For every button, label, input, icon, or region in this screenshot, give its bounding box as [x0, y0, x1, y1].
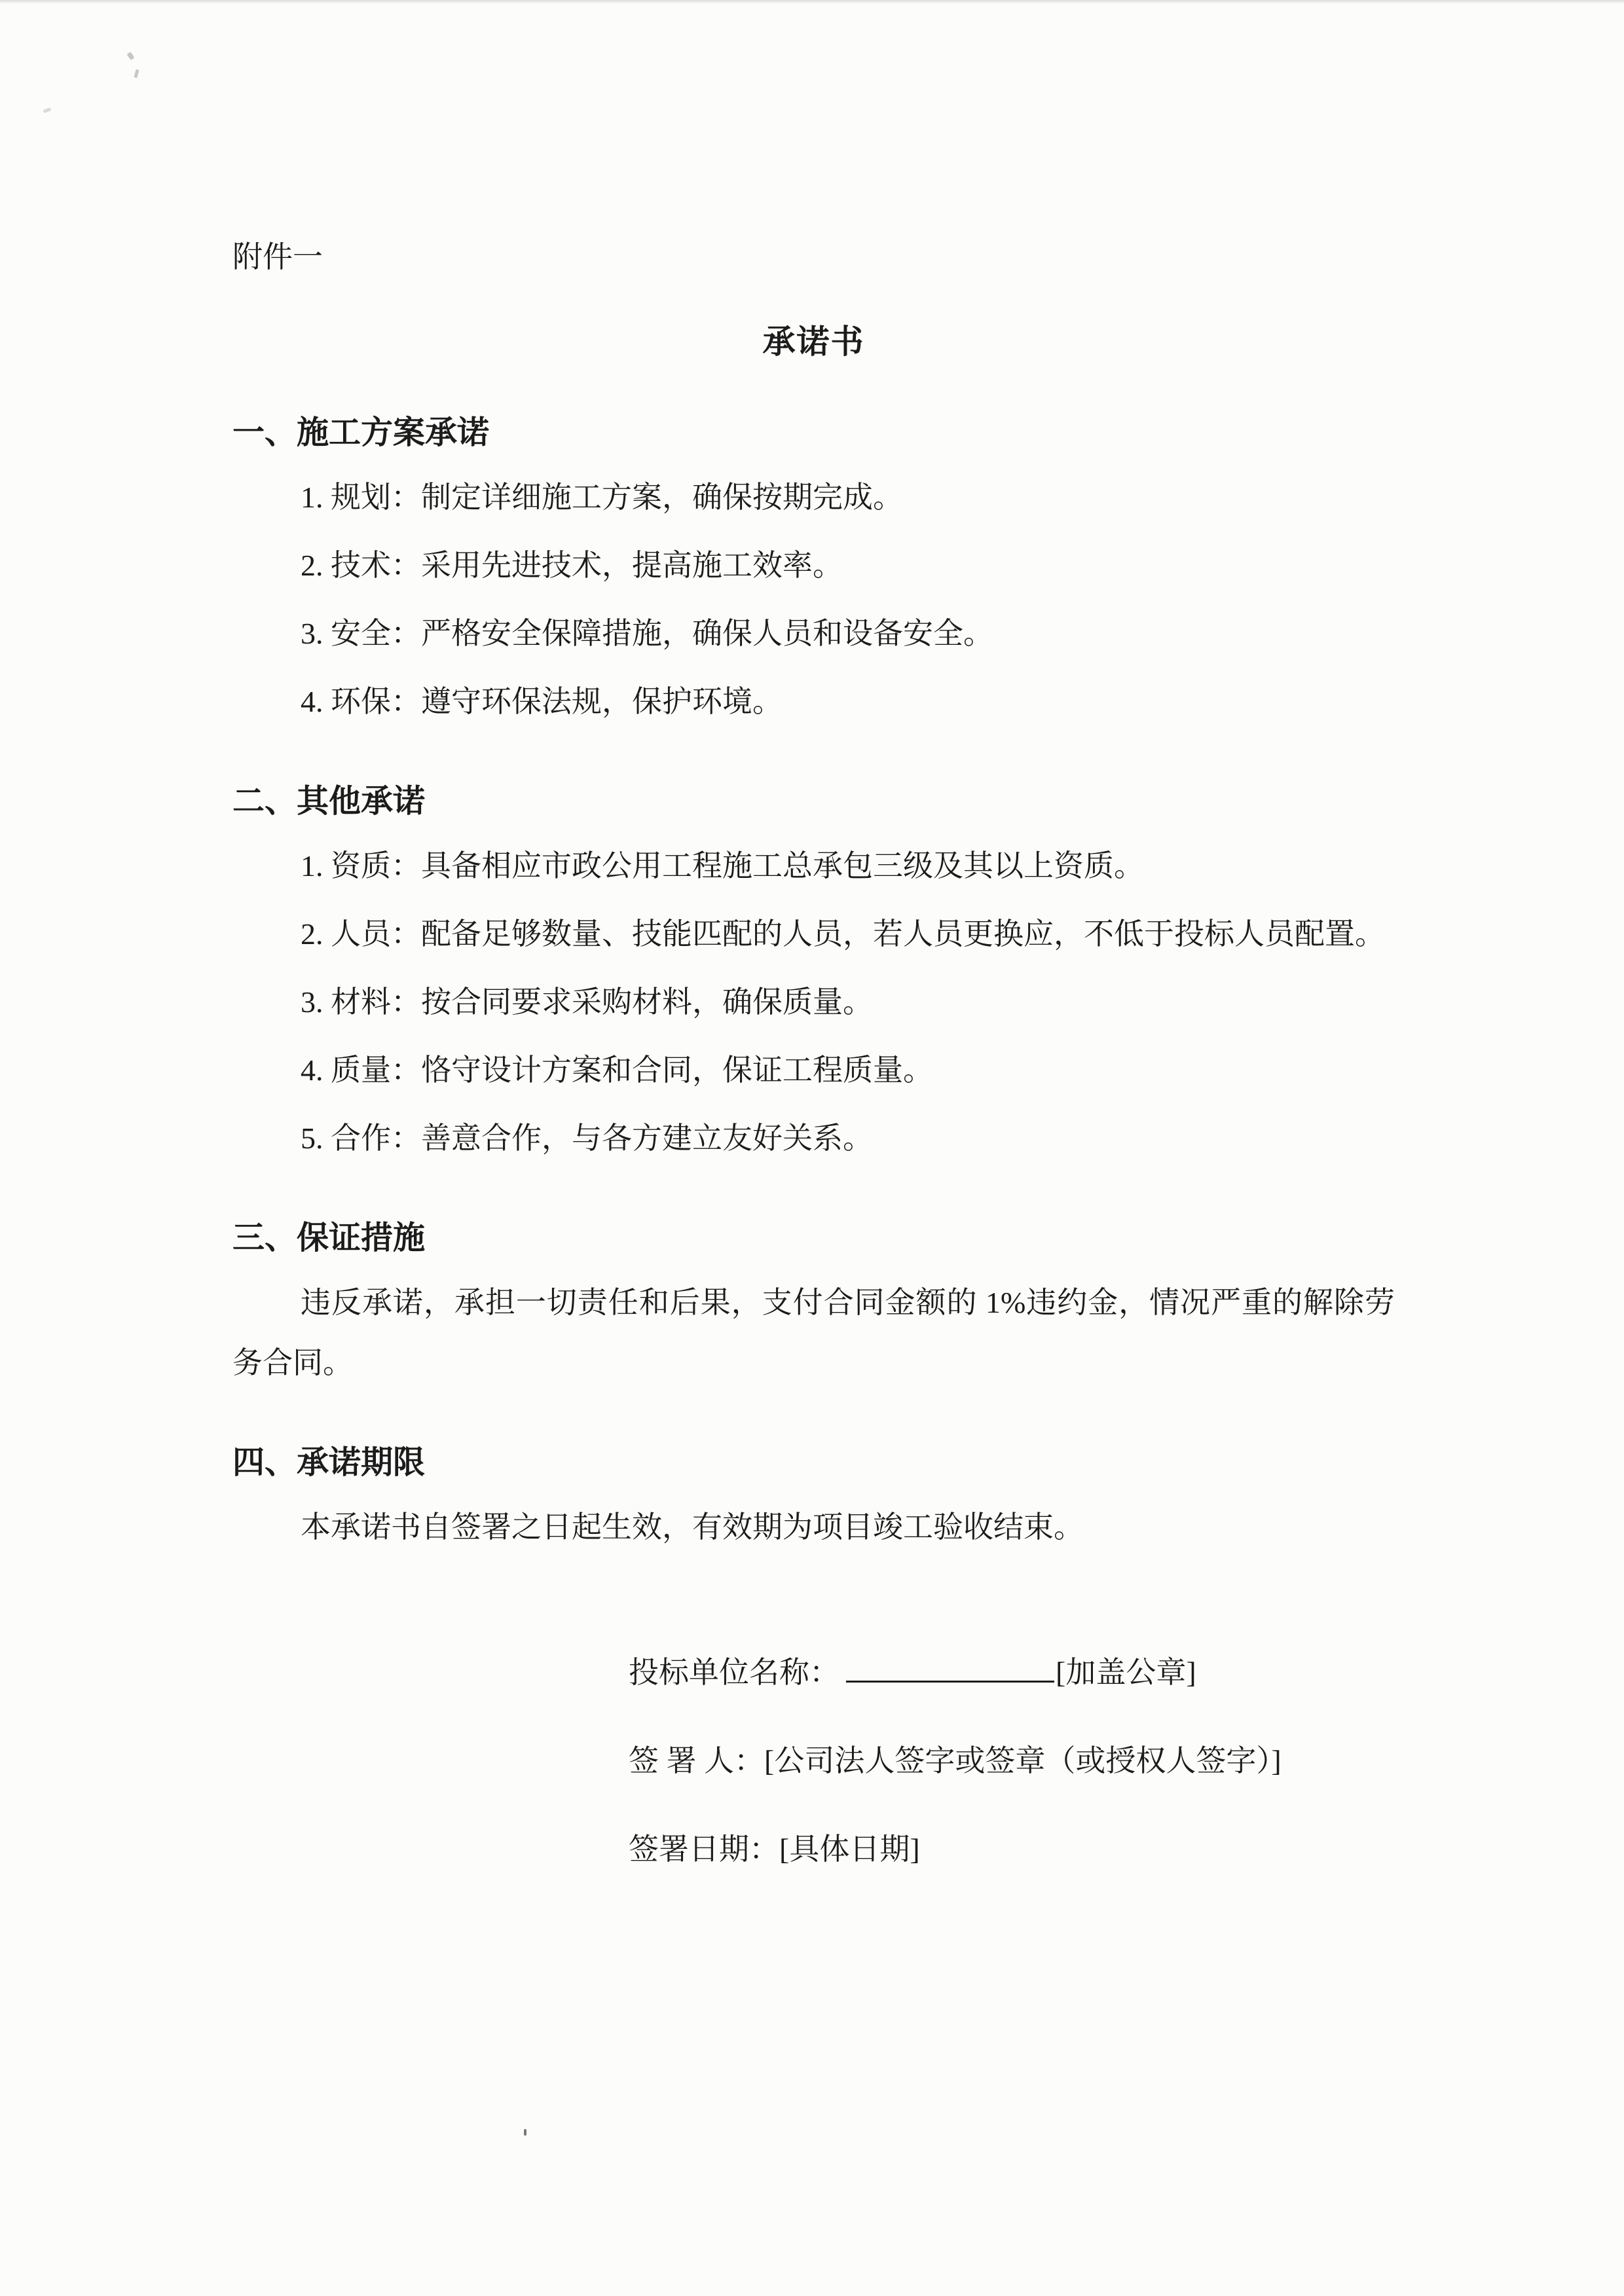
bidder-name-line: 投标单位名称：[加盖公章]: [629, 1643, 1395, 1703]
section-construction-plan: 一、施工方案承诺 1. 规划：制定详细施工方案，确保按期完成。 2. 技术：采用…: [232, 412, 1395, 732]
scan-speckle: [134, 69, 139, 79]
section-body: 违反承诺，承担一切责任和后果，支付合同金额的 1%违约金，情况严重的解除劳务合同…: [232, 1273, 1395, 1393]
section-body: 1. 资质：具备相应市政公用工程施工总承包三级及其以上资质。 2. 人员：配备足…: [232, 836, 1395, 1169]
section-other-commitments: 二、其他承诺 1. 资质：具备相应市政公用工程施工总承包三级及其以上资质。 2.…: [232, 780, 1395, 1169]
list-item: 2. 人员：配备足够数量、技能匹配的人员，若人员更换应，不低于投标人员配置。: [232, 904, 1395, 964]
section-body: 本承诺书自签署之日起生效，有效期为项目竣工验收结束。: [232, 1497, 1395, 1558]
list-item: 5. 合作：善意合作，与各方建立友好关系。: [232, 1108, 1395, 1169]
attachment-label: 附件一: [232, 237, 1395, 278]
bidder-name-label: 投标单位名称：: [629, 1656, 840, 1689]
section-heading: 一、施工方案承诺: [232, 412, 1395, 453]
signer-label: 签 署 人：: [629, 1744, 764, 1777]
sign-date-label: 签署日期：: [629, 1832, 779, 1866]
section-heading: 二、其他承诺: [232, 780, 1395, 822]
section-heading: 四、承诺期限: [232, 1442, 1395, 1483]
scan-speckle: [43, 107, 52, 113]
scan-edge-artifact: [0, 0, 1624, 4]
section-commitment-period: 四、承诺期限 本承诺书自签署之日起生效，有效期为项目竣工验收结束。: [232, 1442, 1395, 1558]
scan-speckle: [524, 2129, 526, 2136]
section-body: 1. 规划：制定详细施工方案，确保按期完成。 2. 技术：采用先进技术，提高施工…: [232, 467, 1395, 732]
section-paragraph: 本承诺书自签署之日起生效，有效期为项目竣工验收结束。: [232, 1497, 1395, 1558]
section-paragraph: 违反承诺，承担一切责任和后果，支付合同金额的 1%违约金，情况严重的解除劳务合同…: [232, 1273, 1395, 1393]
signer-value: [公司法人签字或签章（或授权人签字）]: [764, 1744, 1282, 1777]
list-item: 1. 资质：具备相应市政公用工程施工总承包三级及其以上资质。: [232, 836, 1395, 896]
section-guarantee-measures: 三、保证措施 违反承诺，承担一切责任和后果，支付合同金额的 1%违约金，情况严重…: [232, 1217, 1395, 1393]
signature-block: 投标单位名称：[加盖公章] 签 署 人：[公司法人签字或签章（或授权人签字）] …: [629, 1643, 1395, 1880]
list-item: 4. 环保：遵守环保法规，保护环境。: [232, 672, 1395, 732]
list-item: 1. 规划：制定详细施工方案，确保按期完成。: [232, 467, 1395, 528]
bidder-name-blank: [846, 1647, 1054, 1683]
sign-date-line: 签署日期：[具体日期]: [629, 1819, 1395, 1880]
list-item: 3. 材料：按合同要求采购材料，确保质量。: [232, 972, 1395, 1032]
scanned-document-page: 附件一 承诺书 一、施工方案承诺 1. 规划：制定详细施工方案，确保按期完成。 …: [0, 0, 1624, 2296]
seal-note: [加盖公章]: [1056, 1656, 1196, 1689]
list-item: 4. 质量：恪守设计方案和合同，保证工程质量。: [232, 1040, 1395, 1101]
section-heading: 三、保证措施: [232, 1217, 1395, 1258]
scan-speckle: [126, 52, 134, 60]
list-item: 2. 技术：采用先进技术，提高施工效率。: [232, 536, 1395, 596]
sign-date-value: [具体日期]: [779, 1832, 920, 1866]
signer-line: 签 署 人：[公司法人签字或签章（或授权人签字）]: [629, 1731, 1395, 1791]
document-title: 承诺书: [232, 321, 1395, 363]
list-item: 3. 安全：严格安全保障措施，确保人员和设备安全。: [232, 604, 1395, 664]
